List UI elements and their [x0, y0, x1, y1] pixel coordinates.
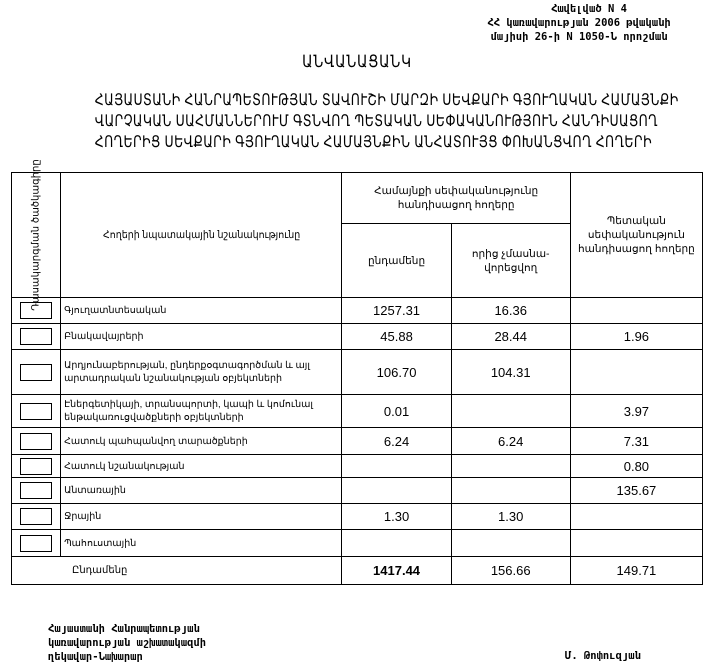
annex-number: Հավելված N 4	[444, 2, 714, 16]
table-row: Անտառային 135.67	[12, 478, 703, 504]
state-cell	[570, 350, 702, 395]
code-box	[20, 403, 52, 420]
non-privatized-cell: 104.31	[451, 350, 570, 395]
annex-reference: Հավելված N 4 ՀՀ կառավարության 2006 թվակա…	[444, 2, 714, 44]
table-row: Բնակավայրերի 45.88 28.44 1.96	[12, 324, 703, 350]
total-cell	[342, 478, 451, 504]
header-state: Պետական սեփականություն հանդիսացող հողերը	[570, 173, 702, 298]
purpose-cell: Հատուկ պահպանվող տարածքների	[61, 428, 342, 455]
code-box	[20, 433, 52, 450]
subtitle-line-1: ՀԱՅԱՍՏԱՆԻ ՀԱՆՐԱՊԵՏՈՒԹՅԱՆ ՏԱՎՈՒՇԻ ՄԱՐԶԻ Ս…	[95, 90, 625, 111]
code-box	[20, 508, 52, 525]
purpose-cell: Բնակավայրերի	[61, 324, 342, 350]
code-box	[20, 328, 52, 345]
state-cell: 135.67	[570, 478, 702, 504]
header-total: ընդամենը	[342, 224, 451, 298]
subtitle-line-2: ՎԱՐՉԱԿԱՆ ՍԱՀՄԱՆՆԵՐՈՒՄ ԳՏՆՎՈՂ ՊԵՏԱԿԱՆ ՍԵՓ…	[95, 111, 625, 132]
non-privatized-cell	[451, 530, 570, 557]
total-cell: 106.70	[342, 350, 451, 395]
header-community-group: Համայնքի սեփականությունը հանդիսացող հողե…	[342, 173, 570, 224]
totals-total: 1417.44	[342, 557, 451, 585]
code-cell	[12, 350, 61, 395]
code-cell	[12, 324, 61, 350]
purpose-cell: Էներգետիկայի, տրանսպորտի, կապի և կոմունա…	[61, 395, 342, 428]
totals-state: 149.71	[570, 557, 702, 585]
purpose-cell: Անտառային	[61, 478, 342, 504]
non-privatized-cell: 1.30	[451, 504, 570, 530]
totals-row: Ընդամենը 1417.44 156.66 149.71	[12, 557, 703, 585]
purpose-cell: Գյուղատնտեսական	[61, 298, 342, 324]
code-cell	[12, 395, 61, 428]
state-cell: 7.31	[570, 428, 702, 455]
header-code: Դասակարգման ծածկագիրը	[12, 173, 61, 298]
state-cell	[570, 298, 702, 324]
signer-name: Մ. Թոփուզյան	[565, 650, 641, 662]
code-box	[20, 482, 52, 499]
state-cell: 3.97	[570, 395, 702, 428]
purpose-cell: Հատուկ նշանակության	[61, 455, 342, 478]
land-table: Դասակարգման ծածկագիրը Հողերի նպատակային …	[11, 172, 703, 585]
state-cell	[570, 530, 702, 557]
table-row: Արդյունաբերության, ընդերքօգտագործման և ա…	[12, 350, 703, 395]
code-box	[20, 458, 52, 475]
total-cell: 0.01	[342, 395, 451, 428]
purpose-cell: Պահուստային	[61, 530, 342, 557]
signer-position: Հայաստանի Հանրապետության կառավարության ա…	[48, 622, 206, 664]
table-row: Պահուստային	[12, 530, 703, 557]
document-title: ԱՆՎԱՆԱՑԱՆԿ	[71, 52, 642, 72]
code-cell	[12, 428, 61, 455]
document-subtitle: ՀԱՅԱՍՏԱՆԻ ՀԱՆՐԱՊԵՏՈՒԹՅԱՆ ՏԱՎՈՒՇԻ ՄԱՐԶԻ Ս…	[20, 90, 700, 153]
code-box	[20, 364, 52, 381]
code-cell	[12, 478, 61, 504]
non-privatized-cell: 6.24	[451, 428, 570, 455]
total-cell	[342, 530, 451, 557]
table-row: Ջրային 1.30 1.30	[12, 504, 703, 530]
total-cell	[342, 455, 451, 478]
state-cell	[570, 504, 702, 530]
code-cell	[12, 455, 61, 478]
purpose-cell: Արդյունաբերության, ընդերքօգտագործման և ա…	[61, 350, 342, 395]
code-box	[20, 535, 52, 552]
header-purpose: Հողերի նպատակային նշանակությունը	[61, 173, 342, 298]
annex-decree-line: ՀՀ կառավարության 2006 թվականի	[444, 16, 714, 30]
state-cell: 1.96	[570, 324, 702, 350]
total-cell: 1.30	[342, 504, 451, 530]
non-privatized-cell	[451, 395, 570, 428]
total-cell: 45.88	[342, 324, 451, 350]
non-privatized-cell: 28.44	[451, 324, 570, 350]
table-row: Էներգետիկայի, տրանսպորտի, կապի և կոմունա…	[12, 395, 703, 428]
annex-date-line: մայիսի 26-ի N 1050-Ն որոշման	[444, 30, 714, 44]
table-row: Հատուկ պահպանվող տարածքների 6.24 6.24 7.…	[12, 428, 703, 455]
total-cell: 6.24	[342, 428, 451, 455]
subtitle-line-3: ՀՈՂԵՐԻՑ ՍԵՎՔԱՐԻ ԳՅՈՒՂԱԿԱՆ ՀԱՄԱՅՆՔԻՆ ԱՆՀԱ…	[95, 132, 625, 153]
code-cell	[12, 504, 61, 530]
table-row: Հատուկ նշանակության 0.80	[12, 455, 703, 478]
header-non-privatized: որից չմասնա-վորեցվող	[451, 224, 570, 298]
totals-label: Ընդամենը	[12, 557, 342, 585]
purpose-cell: Ջրային	[61, 504, 342, 530]
non-privatized-cell	[451, 478, 570, 504]
total-cell: 1257.31	[342, 298, 451, 324]
state-cell: 0.80	[570, 455, 702, 478]
table-row: Գյուղատնտեսական 1257.31 16.36	[12, 298, 703, 324]
non-privatized-cell: 16.36	[451, 298, 570, 324]
code-cell	[12, 530, 61, 557]
totals-non-privatized: 156.66	[451, 557, 570, 585]
non-privatized-cell	[451, 455, 570, 478]
